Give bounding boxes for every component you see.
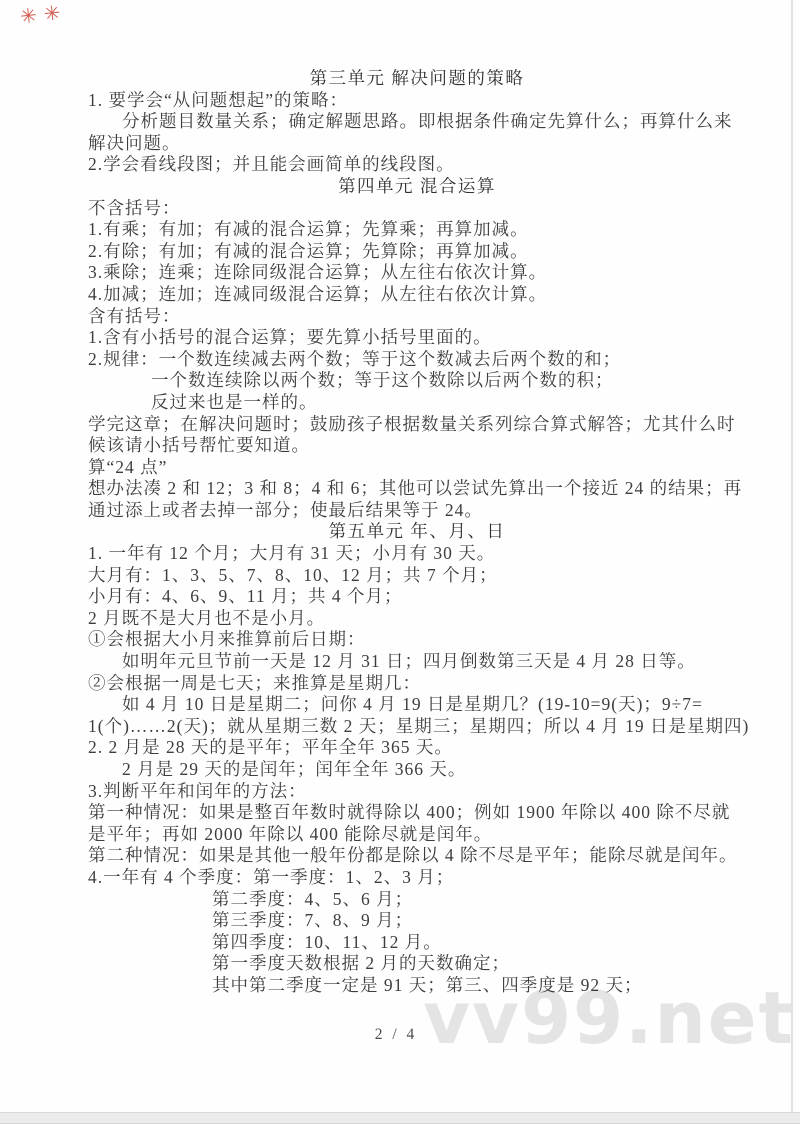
text-line: 3.判断平年和闰年的方法：	[88, 781, 746, 803]
text-line: 2. 2 月是 28 天的是平年；平年全年 365 天。	[88, 737, 746, 759]
text-line: 第二种情况：如果是其他一般年份都是除以 4 除不尽是平年；能除尽就是闰年。	[88, 845, 746, 867]
text-line: 2.规律：一个数连续减去两个数；等于这个数减去后两个数的和；	[88, 349, 746, 371]
text-line: 1.含有小括号的混合运算；要先算小括号里面的。	[88, 327, 746, 349]
text-line: 2 月是 29 天的是闰年；闰年全年 366 天。	[88, 759, 746, 781]
text-line: 4.一年有 4 个季度：第一季度：1、2、3 月；	[88, 867, 746, 889]
text-line: 候该请小括号帮忙要知道。	[88, 435, 746, 457]
text-line: 1. 一年有 12 个月；大月有 31 天；小月有 30 天。	[88, 543, 746, 565]
text-line: 1. 要学会“从问题想起”的策略：	[88, 90, 746, 112]
page-number: 2 / 4	[0, 1026, 792, 1044]
section-title: 第三单元 解决问题的策略	[88, 68, 746, 90]
text-line: 想办法凑 2 和 12；3 和 8；4 和 6；其他可以尝试先算出一个接近 24…	[88, 478, 746, 500]
page-separator	[0, 1112, 800, 1124]
text-line: 第一种情况：如果是整百年数时就得除以 400；例如 1900 年除以 400 除…	[88, 802, 746, 824]
text-line: 含有括号：	[88, 306, 746, 328]
text-line: 大月有：1、3、5、7、8、10、12 月；共 7 个月；	[88, 565, 746, 587]
text-line: 如 4 月 10 日是星期二；问你 4 月 19 日是星期几？(19-10=9(…	[88, 694, 746, 716]
text-line: 其中第二季度一定是 91 天；第三、四季度是 92 天；	[88, 975, 746, 997]
next-page-top	[0, 1124, 800, 1137]
text-line: 算“24 点”	[88, 457, 746, 479]
text-line: 3.乘除；连乘；连除同级混合运算；从左往右依次计算。	[88, 262, 746, 284]
text-line: 1(个)……2(天)；就从星期三数 2 天；星期三；星期四；所以 4 月 19 …	[88, 716, 746, 738]
section-title: 第四单元 混合运算	[88, 176, 746, 198]
text-line: 通过添上或者去掉一部分；使最后结果等于 24。	[88, 500, 746, 522]
text-line: 4.加减；连加；连减同级混合运算；从左往右依次计算。	[88, 284, 746, 306]
corner-marks: ✳✳	[19, 0, 69, 28]
text-line: 反过来也是一样的。	[88, 392, 746, 414]
text-line: 如明年元旦节前一天是 12 月 31 日；四月倒数第三天是 4 月 28 日等。	[88, 651, 746, 673]
text-line: 2 月既不是大月也不是小月。	[88, 608, 746, 630]
document-page: ✳✳ vv99.net 第三单元 解决问题的策略1. 要学会“从问题想起”的策略…	[0, 0, 800, 1112]
text-line: 是平年；再如 2000 年除以 400 能除尽就是闰年。	[88, 824, 746, 846]
text-line: 1.有乘；有加；有减的混合运算；先算乘；再算加减。	[88, 219, 746, 241]
text-line: 2.有除；有加；有减的混合运算；先算除；再算加减。	[88, 241, 746, 263]
text-line: 2.学会看线段图；并且能会画简单的线段图。	[88, 154, 746, 176]
section-title: 第五单元 年、月、日	[88, 521, 746, 543]
text-line: 解决问题。	[88, 133, 746, 155]
text-line: 学完这章；在解决问题时；鼓励孩子根据数量关系列综合算式解答；尤其什么时	[88, 414, 746, 436]
page-edge-line	[791, 0, 793, 1113]
text-line: 第四季度：10、11、12 月。	[88, 932, 746, 954]
text-line: 第一季度天数根据 2 月的天数确定；	[88, 953, 746, 975]
text-line: 小月有：4、6、9、11 月；共 4 个月；	[88, 586, 746, 608]
document-body: 第三单元 解决问题的策略1. 要学会“从问题想起”的策略：分析题目数量关系；确定…	[88, 68, 746, 997]
text-line: 第三季度：7、8、9 月；	[88, 910, 746, 932]
text-line: 一个数连续除以两个数；等于这个数除以后两个数的积；	[88, 370, 746, 392]
text-line: ①会根据大小月来推算前后日期：	[88, 629, 746, 651]
text-line: 不含括号：	[88, 198, 746, 220]
text-line: ②会根据一周是七天；来推算是星期几：	[88, 673, 746, 695]
text-line: 第二季度：4、5、6 月；	[88, 889, 746, 911]
text-line: 分析题目数量关系；确定解题思路。即根据条件确定先算什么；再算什么来	[88, 111, 746, 133]
